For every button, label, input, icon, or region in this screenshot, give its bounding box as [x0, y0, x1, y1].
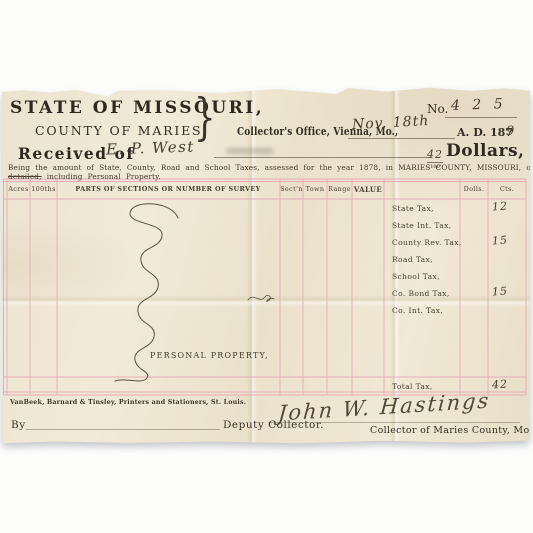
- dollars-label: Dollars,: [446, 141, 524, 161]
- description-line-2-text: including Personal Property.: [47, 172, 161, 181]
- tax-row-state-int: State Int. Tax,: [392, 221, 526, 230]
- total-tax-label: Total Tax,: [392, 382, 433, 391]
- tax-row-label: School Tax,: [392, 272, 440, 281]
- tax-row-road: Road Tax,: [392, 255, 526, 264]
- col-header-sectn: Sect'n: [280, 185, 303, 193]
- no-label: No.: [427, 102, 448, 116]
- col-header-value: VALUE: [354, 185, 382, 194]
- ad-year-prefix: A. D. 187: [457, 126, 513, 139]
- handwritten-payer-name: E. P. West: [106, 137, 195, 158]
- tax-row-county-rev: County Rev. Tax, 15: [392, 238, 526, 247]
- brace-glyph: }: [194, 89, 216, 147]
- tax-row-label: Road Tax,: [392, 255, 433, 264]
- tax-row-label: County Rev. Tax,: [392, 238, 462, 247]
- handwritten-date: Nov. 18th: [352, 113, 430, 133]
- payer-rule: [214, 157, 430, 158]
- tax-row-cts-value: 12: [492, 199, 509, 213]
- collector-of-county-label: Collector of Maries County, Mo.: [370, 425, 533, 436]
- col-header-range: Range: [328, 185, 351, 193]
- description-line-1-text: Being the amount of State, County, Road …: [8, 163, 533, 172]
- number-rule: [445, 117, 517, 118]
- by-rule: [26, 429, 220, 430]
- pencil-smudge: [226, 148, 274, 154]
- handwritten-signature: John W. Hastings: [277, 388, 491, 425]
- tax-receipt-document: STATE OF MISSOURI, COUNTY OF MARIES. } C…: [2, 87, 530, 444]
- printer-credit: VanBeek, Barnard & Tinsley, Printers and…: [10, 399, 246, 406]
- col-header-parts-of-sections: PARTS OF SECTIONS OR NUMBER OF SURVEY: [75, 185, 260, 193]
- tax-row-label: Co. Int. Tax,: [392, 306, 443, 315]
- col-header-town: Town: [306, 185, 325, 193]
- personal-property-note: PERSONAL PROPERTY,: [150, 351, 269, 360]
- by-label: By: [11, 419, 26, 431]
- handwritten-cents-amount: 42: [427, 148, 443, 161]
- state-title: STATE OF MISSOURI,: [10, 98, 264, 118]
- total-tax-cts-value: 42: [492, 377, 509, 391]
- col-header-cts: Cts.: [500, 185, 514, 193]
- col-header-acres: Acres: [8, 185, 28, 193]
- description-line-1: Being the amount of State, County, Road …: [8, 163, 533, 172]
- date-rule: [348, 138, 455, 139]
- col-header-dolls: Dolls.: [464, 185, 485, 193]
- paper-sheet: STATE OF MISSOURI, COUNTY OF MARIES. } C…: [2, 87, 530, 444]
- county-title: COUNTY OF MARIES.: [35, 123, 208, 138]
- description-line-2-struck: detailed,: [8, 172, 42, 181]
- description-line-2: detailed, including Personal Property.: [8, 172, 161, 181]
- tax-row-cts-value: 15: [492, 233, 509, 247]
- tax-row-school: School Tax,: [392, 272, 526, 281]
- tax-row-label: Co. Bond Tax,: [392, 289, 450, 298]
- tax-row-label: State Int. Tax,: [392, 221, 452, 230]
- tax-row-label: State Tax,: [392, 204, 434, 213]
- handwritten-receipt-number: 4 2 5: [451, 96, 507, 114]
- fold-crease-vertical-left: [247, 87, 257, 444]
- tax-row-co-int: Co. Int. Tax,: [392, 306, 526, 315]
- tax-row-cts-value: 15: [492, 284, 509, 298]
- tax-row-state: State Tax, 12: [392, 204, 526, 213]
- handwritten-year: 9: [506, 124, 515, 139]
- photo-background: STATE OF MISSOURI, COUNTY OF MARIES. } C…: [0, 0, 533, 533]
- col-header-100ths: 100ths: [31, 185, 56, 193]
- tax-row-co-bond: Co. Bond Tax, 15: [392, 289, 526, 298]
